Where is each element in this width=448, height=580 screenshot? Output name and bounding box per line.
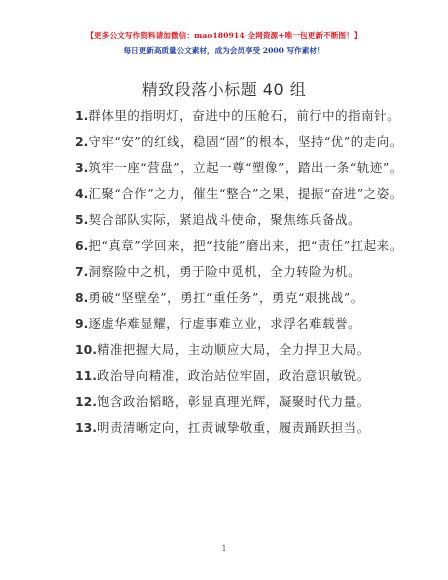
promo-line-blue: 每日更新高质量公文素材，成为会员享受 2000 写作素材！ <box>0 45 448 57</box>
item-number: 10. <box>75 342 97 357</box>
document-title: 精致段落小标题 40 组 <box>0 77 448 100</box>
item-text: 契合部队实际，紧追战斗使命，聚焦练兵备战。 <box>88 212 361 227</box>
item-text: 政治导向精准，政治站位牢固，政治意识敏锐。 <box>97 368 370 383</box>
list-item: 2.守牢“安”的红线，稳固“固”的根本，坚持“优”的走向。 <box>50 129 404 155</box>
item-number: 8. <box>75 290 88 305</box>
item-text: 把“真章”学回来，把“技能”磨出来，把“责任”扛起来。 <box>88 238 402 253</box>
item-text: 守牢“安”的红线，稳固“固”的根本，坚持“优”的走向。 <box>88 134 402 149</box>
item-text: 逐虚华难显耀，行虚事难立业，求浮名难载誉。 <box>88 316 361 331</box>
list-item: 3.筑牢一座“营盘”，立起一尊“塑像”，踏出一条“轨迹”。 <box>50 155 404 181</box>
item-text: 精准把握大局，主动顺应大局，全力捍卫大局。 <box>97 342 370 357</box>
item-text: 汇聚“合作”之力，催生“整合”之果，提振“奋进”之姿。 <box>88 186 402 201</box>
item-text: 勇破“坚壁垒”，勇扛“重任务”，勇克“艰挑战”。 <box>88 290 363 305</box>
list-item: 9.逐虚华难显耀，行虚事难立业，求浮名难载誉。 <box>50 311 404 337</box>
list-item: 5.契合部队实际，紧追战斗使命，聚焦练兵备战。 <box>50 207 404 233</box>
item-number: 12. <box>75 394 97 409</box>
document-body: 1.群体里的指明灯，奋进中的压舱石，前行中的指南针。 2.守牢“安”的红线，稳固… <box>50 103 404 441</box>
list-item: 4.汇聚“合作”之力，催生“整合”之果，提振“奋进”之姿。 <box>50 181 404 207</box>
list-item: 8.勇破“坚壁垒”，勇扛“重任务”，勇克“艰挑战”。 <box>50 285 404 311</box>
item-number: 9. <box>75 316 88 331</box>
item-text: 明责清晰定向，扛责诚挚敬重，履责踊跃担当。 <box>97 420 370 435</box>
item-text: 洞察险中之机，勇于险中觅机，全力转险为机。 <box>88 264 361 279</box>
item-number: 7. <box>75 264 88 279</box>
item-text: 饱含政治韬略，彰显真理光辉，凝聚时代力量。 <box>97 394 370 409</box>
list-item: 6.把“真章”学回来，把“技能”磨出来，把“责任”扛起来。 <box>50 233 404 259</box>
list-item: 10.精准把握大局，主动顺应大局，全力捍卫大局。 <box>50 337 404 363</box>
item-text: 群体里的指明灯，奋进中的压舱石，前行中的指南针。 <box>88 108 400 123</box>
page-number: 1 <box>0 544 448 553</box>
item-number: 13. <box>75 420 97 435</box>
item-number: 6. <box>75 238 88 253</box>
item-text: 筑牢一座“营盘”，立起一尊“塑像”，踏出一条“轨迹”。 <box>88 160 402 175</box>
item-number: 4. <box>75 186 88 201</box>
item-number: 11. <box>75 368 97 383</box>
list-item: 11.政治导向精准，政治站位牢固，政治意识敏锐。 <box>50 363 404 389</box>
item-number: 1. <box>75 108 88 123</box>
item-number: 3. <box>75 160 88 175</box>
item-number: 2. <box>75 134 88 149</box>
list-item: 12.饱含政治韬略，彰显真理光辉，凝聚时代力量。 <box>50 389 404 415</box>
item-number: 5. <box>75 212 88 227</box>
list-item: 1.群体里的指明灯，奋进中的压舱石，前行中的指南针。 <box>50 103 404 129</box>
promo-line-red: 【更多公文写作资料请加微信：mao180914 全网资源+唯一包更新不断图！】 <box>0 30 448 42</box>
list-item: 13.明责清晰定向，扛责诚挚敬重，履责踊跃担当。 <box>50 415 404 441</box>
list-item: 7.洞察险中之机，勇于险中觅机，全力转险为机。 <box>50 259 404 285</box>
promo-banner: 【更多公文写作资料请加微信：mao180914 全网资源+唯一包更新不断图！】 … <box>0 30 448 57</box>
